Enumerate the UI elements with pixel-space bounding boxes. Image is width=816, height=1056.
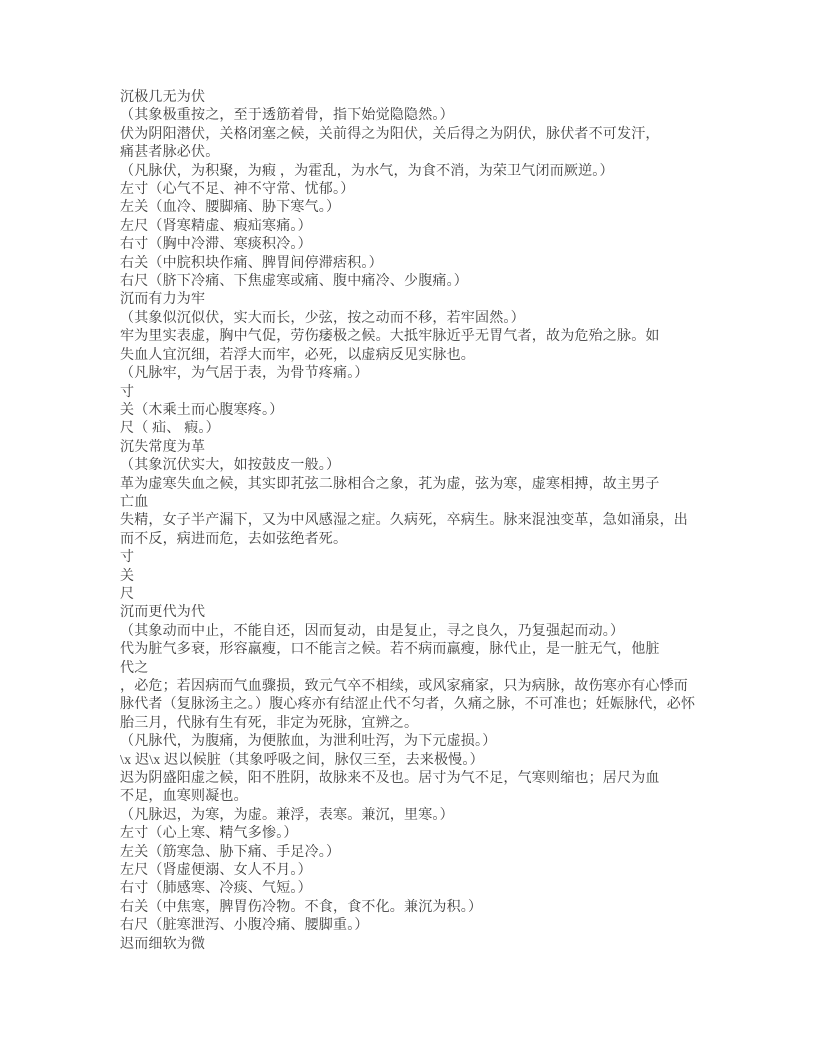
text-line: 右关（中焦寒，脾胃伤冷物。不食，食不化。兼沉为积。） — [120, 899, 720, 917]
text-line: 左关（筋寒急、胁下痛、手足冷。） — [120, 844, 720, 862]
text-line: 牢为里实表虚，胸中气促，劳伤痿极之候。大抵牢脉近乎无胃气者，故为危殆之脉。如 — [120, 328, 720, 346]
text-line: （凡脉牢，为气居于表，为骨节疼痛。） — [120, 365, 720, 383]
text-line: 尺（ 疝、 瘕。） — [120, 420, 720, 438]
text-line: 关 — [120, 568, 720, 586]
text-line: 代之 — [120, 660, 720, 678]
text-line: （其象沉伏实大，如按鼓皮一般。） — [120, 457, 720, 475]
text-line: （凡脉迟，为寒，为虚。兼浮，表寒。兼沉，里寒。） — [120, 807, 720, 825]
document-text-block: 沉极几无为伏（其象极重按之，至于透筋着骨，指下始觉隐隐然。）伏为阴阳潜伏，关格闭… — [120, 89, 720, 954]
text-line: 左寸（心气不足、神不守常、忧郁。） — [120, 181, 720, 199]
text-line: 痛甚者脉必伏。 — [120, 144, 720, 162]
text-line: 寸 — [120, 384, 720, 402]
text-line: 失精，女子半产漏下，又为中风感湿之症。久病死，卒病生。脉来混浊变革，急如涌泉，出 — [120, 512, 720, 530]
text-line: 代为脏气多衰，形容羸瘦，口不能言之候。若不病而羸瘦，脉代止，是一脏无气，他脏 — [120, 641, 720, 659]
text-line: 失血人宜沉细，若浮大而牢，必死，以虚病反见实脉也。 — [120, 347, 720, 365]
text-line: 沉而有力为牢 — [120, 291, 720, 309]
text-line: 左寸（心上寒、精气多惨。） — [120, 825, 720, 843]
text-line: （其象似沉似伏，实大而长，少弦，按之动而不移，若牢固然。） — [120, 310, 720, 328]
text-line: 左尺（肾虚便溺、女人不月。） — [120, 862, 720, 880]
text-line: \x 迟\x 迟以候脏（其象呼吸之间，脉仅三至，去来极慢。） — [120, 752, 720, 770]
text-line: ，必危；若因病而气血骤损，致元气卒不相续，或风家痛家，只为病脉，故伤寒亦有心悸而 — [120, 678, 720, 696]
text-line: 而不反，病进而危，去如弦绝者死。 — [120, 531, 720, 549]
text-line: 右尺（脏寒泄泻、小腹冷痛、腰脚重。） — [120, 917, 720, 935]
text-line: 左尺（肾寒精虚、瘕疝寒痛。） — [120, 218, 720, 236]
text-line: 沉而更代为代 — [120, 604, 720, 622]
text-line: 右寸（肺感寒、冷痰、气短。） — [120, 880, 720, 898]
text-line: 不足，血寒则凝也。 — [120, 788, 720, 806]
text-line: 左关（血冷、腰脚痛、胁下寒气。） — [120, 199, 720, 217]
text-line: 右寸（胸中冷滞、寒痰积冷。） — [120, 236, 720, 254]
text-line: 右尺（脐下冷痛、下焦虚寒或痛、腹中痛冷、少腹痛。） — [120, 273, 720, 291]
text-line: 关（木乘土而心腹寒疼。） — [120, 402, 720, 420]
text-line: （其象动而中止，不能自还，因而复动，由是复止，寻之良久，乃复强起而动。） — [120, 623, 720, 641]
text-line: （凡脉伏，为积聚，为瘕 ，为霍乱，为水气，为食不消，为荣卫气闭而厥逆。） — [120, 163, 720, 181]
text-line: 尺 — [120, 586, 720, 604]
text-line: 沉失常度为革 — [120, 439, 720, 457]
text-line: 革为虚寒失血之候，其实即芤弦二脉相合之象，芤为虚，弦为寒，虚寒相搏，故主男子 — [120, 476, 720, 494]
text-line: （其象极重按之，至于透筋着骨，指下始觉隐隐然。） — [120, 107, 720, 125]
text-line: 脉代者（复脉汤主之。）腹心疼亦有结涩止代不匀者，久痛之脉，不可准也；妊娠脉代，必… — [120, 696, 720, 714]
text-line: 沉极几无为伏 — [120, 89, 720, 107]
text-line: 伏为阴阳潜伏，关格闭塞之候，关前得之为阳伏，关后得之为阴伏，脉伏者不可发汗， — [120, 126, 720, 144]
text-line: 迟而细软为微 — [120, 936, 720, 954]
text-line: 迟为阴盛阳虚之候，阳不胜阴，故脉来不及也。居寸为气不足，气寒则缩也；居尺为血 — [120, 770, 720, 788]
text-line: （凡脉代，为腹痛，为便脓血，为泄利吐泻，为下元虚损。） — [120, 733, 720, 751]
text-line: 胎三月，代脉有生有死，非定为死脉，宜辨之。 — [120, 715, 720, 733]
document-page: 沉极几无为伏（其象极重按之，至于透筋着骨，指下始觉隐隐然。）伏为阴阳潜伏，关格闭… — [0, 0, 816, 1056]
text-line: 亡血 — [120, 494, 720, 512]
text-line: 右关（中脘积块作痛、脾胃间停滞痞积。） — [120, 255, 720, 273]
text-line: 寸 — [120, 549, 720, 567]
